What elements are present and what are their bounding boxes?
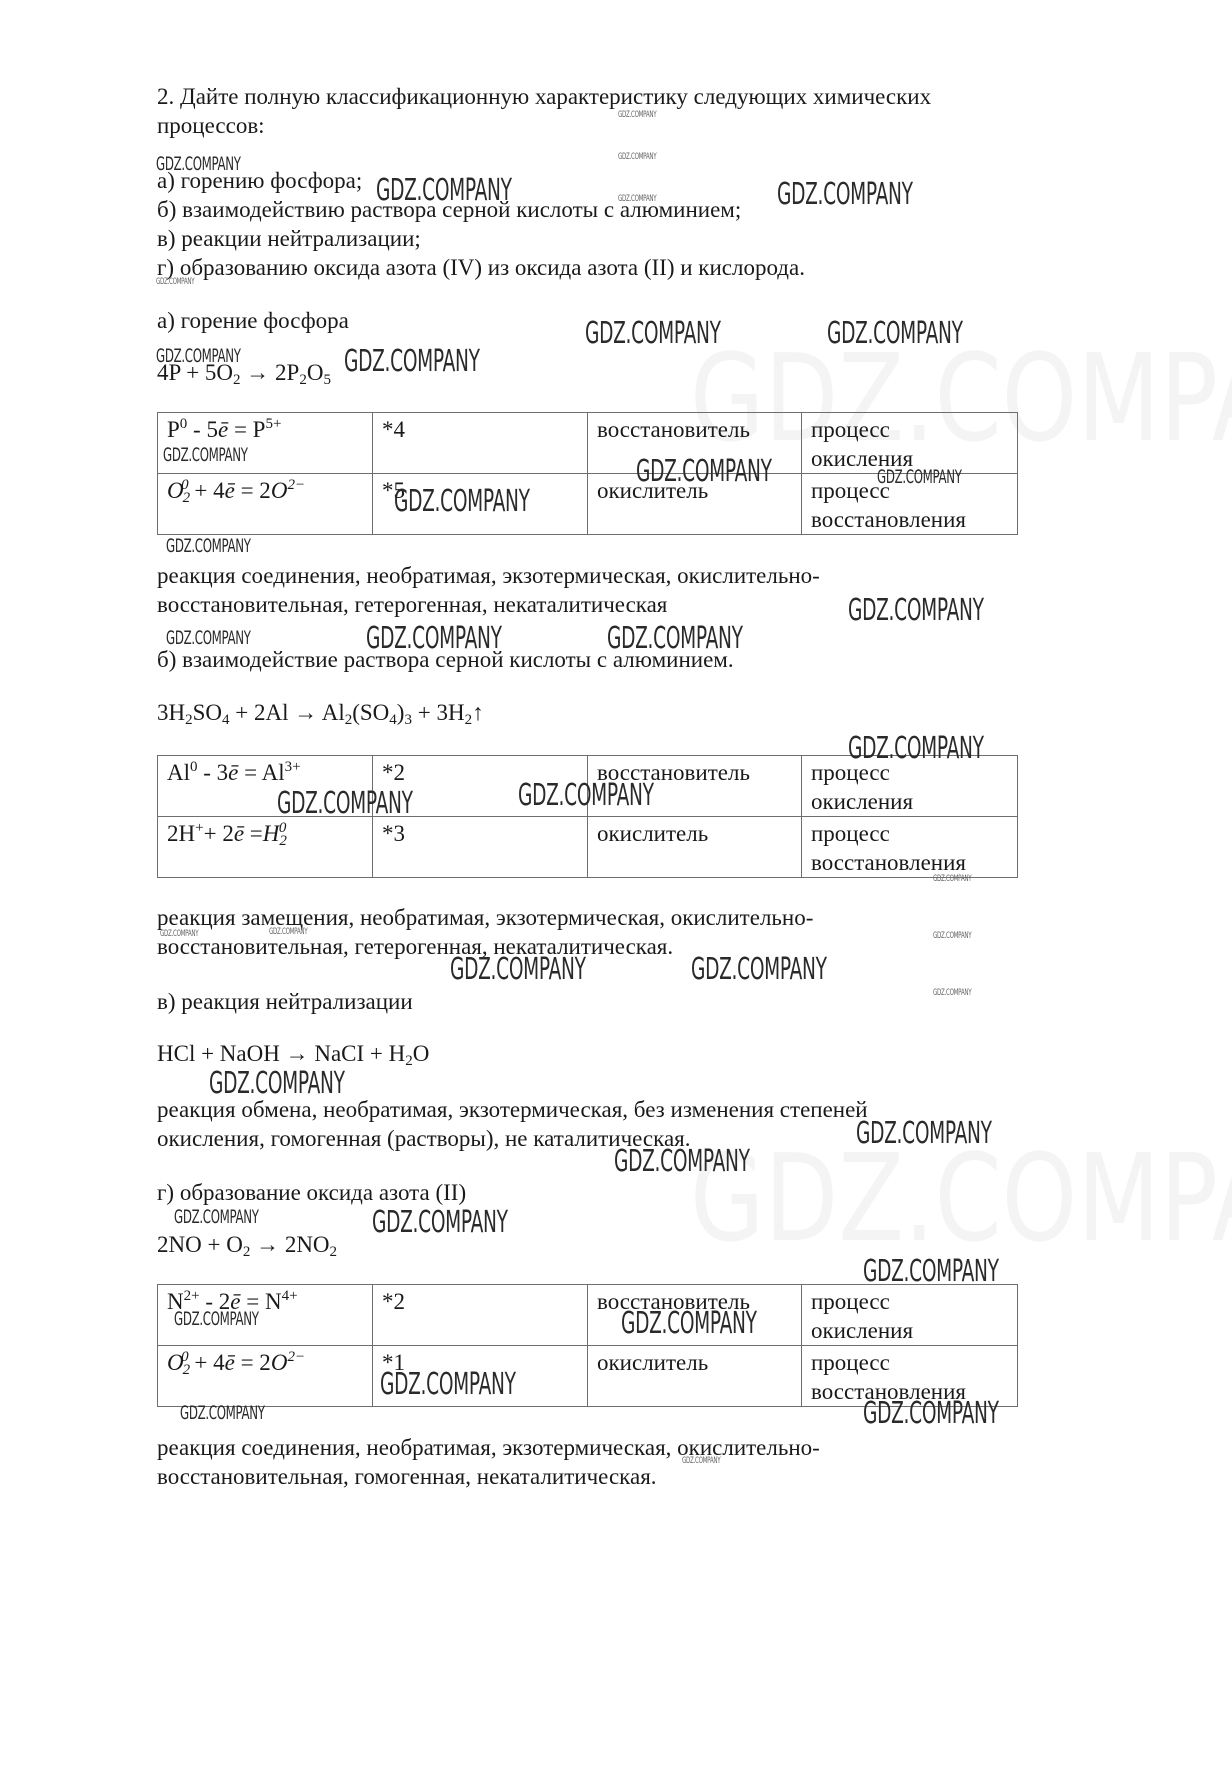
watermark: GDZ.COMPANY [166,535,251,557]
role: окислитель [588,1346,802,1407]
watermark: GDZ.COMPANY [166,627,251,649]
watermark: GDZ.COMPANY [160,929,198,939]
task-title: 2. Дайте полную классификационную характ… [157,82,931,111]
section-v-summary-line2: окисления, гомогенная (растворы), не кат… [157,1124,691,1153]
table-row: N2+ - 2ē = N4+ *2 восстановитель процесс… [158,1285,1018,1346]
watermark: GDZ.COMPANY [933,874,971,884]
section-g-heading: г) образование оксида азота (II) [157,1178,466,1207]
section-b-summary: реакция замещения, необратимая, экзотерм… [157,903,813,932]
watermark: GDZ.COMPANY [269,927,307,937]
table-row: P0 - 5ē = P5+ *4 восстановитель процессо… [158,413,1018,474]
watermark: GDZ.COMPANY [607,621,743,656]
half-reaction: O20 + 4ē = 2O2− [158,1346,373,1407]
section-a-heading: а) горение фосфора [157,306,349,335]
watermark: GDZ.COMPANY [209,1066,345,1101]
coefficient: *4 [373,413,588,474]
watermark: GDZ.COMPANY [618,152,656,162]
watermark: GDZ.COMPANY [621,1306,757,1341]
section-a-summary: реакция соединения, необратимая, экзотер… [157,561,820,590]
watermark: GDZ.COMPANY [156,153,241,175]
watermark: GDZ.COMPANY [366,621,502,656]
section-g-summary-line2: восстановительная, гомогенная, некаталит… [157,1462,657,1491]
coefficient: *3 [373,817,588,878]
watermark: GDZ.COMPANY [636,454,772,489]
watermark: GDZ.COMPANY [174,1206,259,1228]
watermark: GDZ.COMPANY [376,173,512,208]
watermark: GDZ.COMPANY [827,316,963,351]
watermark: GDZ.COMPANY [877,466,962,488]
watermark: GDZ.COMPANY [372,1205,508,1240]
watermark: GDZ.COMPANY [380,1367,516,1402]
watermark: GDZ.COMPANY [933,931,971,941]
task-item-v: в) реакции нейтрализации; [157,224,421,253]
task-title-line2: процессов: [157,111,265,140]
section-v-heading: в) реакция нейтрализации [157,987,413,1016]
section-v-equation: HCl + NaOH → NaCI + H2O [157,1041,429,1067]
watermark: GDZ.COMPANY [848,731,984,766]
watermark: GDZ.COMPANY [682,1456,720,1466]
table-row: 2H++ 2ē =H20 *3 окислитель процессвосста… [158,817,1018,878]
watermark: GDZ.COMPANY [777,177,913,212]
section-g-equation: 2NO + O2 → 2NO2 [157,1232,337,1258]
half-reaction: O20 + 4ē = 2O2− [158,474,373,535]
watermark: GDZ.COMPANY [618,194,656,204]
half-reaction: 2H++ 2ē =H20 [158,817,373,878]
section-a-summary-line2: восстановительная, гетерогенная, некатал… [157,590,667,619]
watermark: GDZ.COMPANY [450,952,586,987]
process: процессвосстановления [802,817,1018,878]
watermark: GDZ.COMPANY [614,1144,750,1179]
section-g-redox-table: N2+ - 2ē = N4+ *2 восстановитель процесс… [157,1284,1018,1407]
watermark: GDZ.COMPANY [863,1254,999,1289]
watermark: GDZ.COMPANY [394,484,530,519]
watermark: GDZ.COMPANY [180,1402,265,1424]
section-b-equation: 3H2SO4 + 2Al → Al2(SO4)3 + 3H2↑ [157,700,484,726]
watermark: GDZ.COMPANY [277,786,413,821]
watermark: GDZ.COMPANY [156,345,241,367]
watermark: GDZ.COMPANY [174,1308,259,1330]
process: процессокисления [802,413,1018,474]
role: окислитель [588,817,802,878]
watermark: GDZ.COMPANY [933,988,971,998]
watermark: GDZ.COMPANY [691,952,827,987]
watermark: GDZ.COMPANY [518,778,654,813]
watermark: GDZ.COMPANY [163,444,248,466]
process: процессокисления [802,1285,1018,1346]
task-item-g: г) образованию оксида азота (IV) из окси… [157,253,805,282]
watermark: GDZ.COMPANY [585,316,721,351]
watermark: GDZ.COMPANY [618,110,656,120]
watermark: GDZ.COMPANY [344,344,480,379]
watermark: GDZ.COMPANY [863,1396,999,1431]
watermark: GDZ.COMPANY [848,593,984,628]
section-b-summary-line2: восстановительная, гетерогенная, некатал… [157,932,673,961]
watermark: GDZ.COMPANY [856,1116,992,1151]
coefficient: *2 [373,1285,588,1346]
watermark: GDZ.COMPANY [156,277,194,287]
